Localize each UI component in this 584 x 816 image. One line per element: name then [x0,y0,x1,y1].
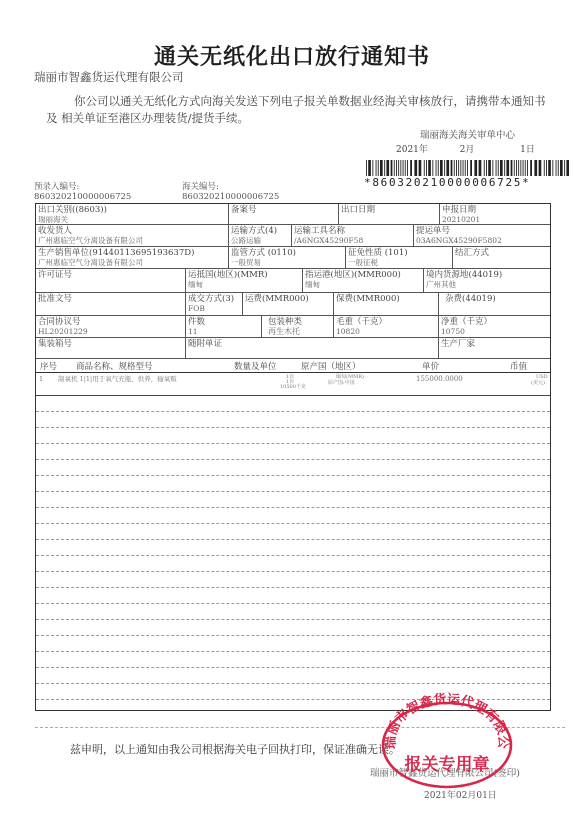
goods-table-header: 序号 商品名称、规格型号 数量及单位 原产国（地区） 单价 币值 [36,359,550,373]
svg-text:报关专用章: 报关专用章 [405,754,490,775]
empty-row-line [36,635,550,636]
col-name: 商品名称、规格型号 [76,360,153,372]
empty-row-line [36,411,550,412]
empty-row-line [36,651,550,652]
col-no: 序号 [40,360,57,372]
field-license-no: 许可证号 [36,269,186,293]
empty-row-line [36,475,550,476]
issue-day: 1日 [520,142,535,155]
field-export-date: 出口日期 [339,204,440,225]
field-manufacturer: 生产厂家 [439,338,550,359]
field-misc-fee: 杂费(44019) [439,293,550,316]
field-contract-no: 合同协议号 HL20201229 [36,316,186,338]
empty-row-line [36,491,550,492]
field-settlement: 结汇方式 [453,247,550,269]
empty-row-line [36,683,550,684]
customs-no: 860320210000006725 [182,192,279,202]
customs-no-block: 海关编号: 860320210000006725 [182,182,279,202]
issue-month: 2月 [460,142,475,155]
issue-year: 2021年 [396,142,428,155]
field-consignor: 收发货人 广州惠临空气分离设备有限公司 [36,225,229,247]
col-currency: 币值 [510,360,527,372]
field-producer: 生产销售单位(91440113695193637D) 广州惠临空气分离设备有限公… [36,247,229,269]
field-package-type: 包装种类 再生木托 [262,316,334,338]
empty-row-line [36,459,550,460]
field-bl-no: 提运单号 03A6NGX45290F5802 [414,225,550,247]
addressee: 瑞丽市智鑫货运代理有限公司 [34,69,184,85]
field-container-no: 集装箱号 [36,338,186,359]
empty-row-line [36,667,550,668]
field-net-weight: 净重（千克） 10750 [439,316,550,338]
pre-entry-no: 860320210000006725 [34,192,131,202]
field-levy-nature: 征免性质 (101) 一般征税 [346,247,453,269]
pre-entry-block: 预录入编号: 860320210000006725 [34,182,131,202]
customs-no-label: 海关编号: [182,182,279,192]
empty-row-line [36,539,550,540]
pre-entry-label: 预录入编号: [34,182,131,192]
field-approval-no: 批准文号 [36,293,186,316]
notice-body: 你公司以通关无纸化方式向海关发送下列电子报关单数据业经海关审核放行，请携带本通知… [46,93,546,127]
col-origin: 原产国（地区） [301,360,361,372]
field-trade-terms: 成交方式(3) FOB [186,293,243,316]
col-unit-price: 单价 [422,360,439,372]
field-attached-docs: 随附单证 [186,338,439,359]
empty-row-line [36,507,550,508]
barcode-text: *860320210000006725* [364,176,530,189]
issuer: 瑞丽海关海关审单中心 [420,127,515,141]
issue-date: 2021年 2月 1日 [396,142,535,155]
field-supervision: 监管方式 (0110) 一般贸易 [229,247,346,269]
declaration-text: 兹申明，以上通知由我公司根据海关电子回执打印，保证准确无误。 [70,741,400,757]
empty-row-line [36,587,550,588]
empty-row-line [36,427,550,428]
field-transport-name: 运输工具名称 /A6NGX45290F58 [292,225,414,247]
field-declare-date: 申报日期 20210201 [440,204,550,225]
empty-row-line [36,523,550,524]
empty-row-line [36,443,550,444]
col-qty: 数量及单位 [234,360,277,372]
table-row: 1 制氧机 1|1|用于氧气充瓶，供养，输氧贩 1台 1台 10500千克 缅甸… [36,374,550,396]
field-record-no: 备案号 [229,204,339,225]
declaration-form: 出口关别((8603)) 瑞丽海关 备案号 出口日期 申报日期 20210201… [35,203,551,711]
field-insurance: 保费(MMR000) [334,293,439,316]
empty-row-line [36,603,550,604]
field-dest-country: 运抵国(地区)(MMR) 缅甸 [186,269,303,293]
field-source-place: 境内货源地(44019) 广州其他 [424,269,550,293]
page-title: 通关无纸化出口放行通知书 [0,40,584,71]
field-gross-weight: 毛重（千克） 10820 [334,316,439,338]
field-dest-port: 指运港(地区)(MMR000) 缅甸 [303,269,424,293]
company-stamp: 瑞丽市智鑫货运代理有限公司 报关专用章 [375,690,515,790]
empty-row-line [36,619,550,620]
barcode [366,160,569,176]
empty-row-line [36,571,550,572]
field-packages: 件数 11 [186,316,262,338]
field-export-port: 出口关别((8603)) 瑞丽海关 [36,204,229,225]
field-freight: 运费(MMR000) [243,293,334,316]
empty-row-line [36,555,550,556]
field-transport-mode: 运输方式(4) 公路运输 [229,225,292,247]
